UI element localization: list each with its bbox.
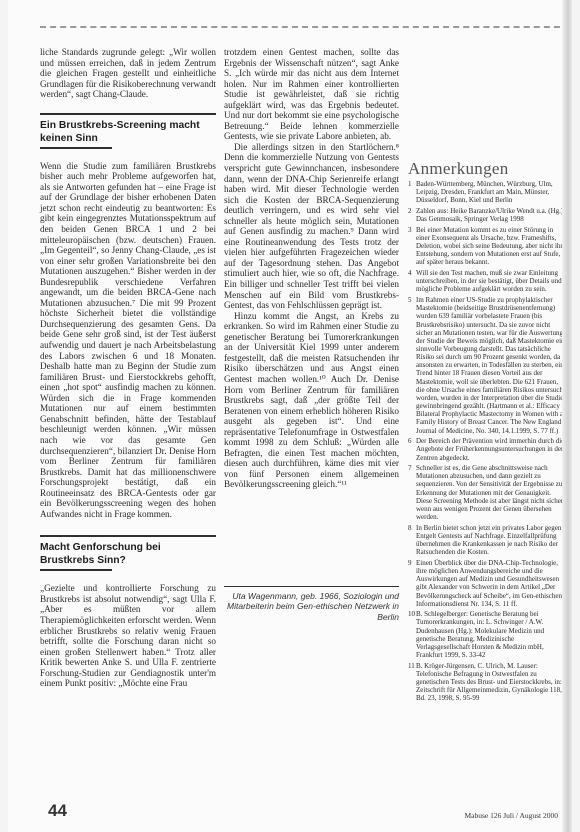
- page-number: 44: [48, 801, 67, 821]
- intro-paragraph: liche Standards zugrunde gelegt: „Wir wo…: [40, 47, 216, 100]
- section-title-screening: Ein Brustkrebs-Screening macht keinen Si…: [40, 119, 216, 145]
- section-rule: [40, 535, 216, 537]
- note-item: 9Einen Überblick über die DNA-Chip-Techn…: [408, 559, 568, 608]
- section-title-research: Macht Genforschung bei Brustkrebs Sinn?: [40, 541, 216, 567]
- section-underline: [40, 569, 112, 571]
- author-caption: Uta Wagenmann, geb. 1966, Soziologin und…: [224, 591, 399, 622]
- body-paragraph: Hinzu kommt die Angst, an Krebs zu erkra…: [224, 311, 399, 490]
- page-edge-shadow: [562, 0, 572, 832]
- note-item: 6Der Bereich der Prävention wird immerhi…: [408, 437, 568, 461]
- note-number: 2: [408, 207, 416, 223]
- note-item: 7Schneller ist es, die Gene abschnittswe…: [408, 464, 568, 521]
- note-text: Bei einer Mutation kommt es zu einer Stö…: [416, 226, 568, 267]
- section-underline: [40, 147, 112, 149]
- left-column: liche Standards zugrunde gelegt: „Wir wo…: [40, 47, 216, 689]
- note-item: 3Bei einer Mutation kommt es zu einer St…: [408, 226, 568, 267]
- note-item: 1Baden-Württemberg, München, Würzburg, U…: [408, 180, 568, 204]
- footer-source: Mabuse 126 Juli / August 2000: [464, 811, 558, 820]
- caption-rule: [224, 586, 399, 587]
- note-number: 3: [408, 226, 416, 267]
- note-number: 11: [408, 662, 416, 703]
- section-paragraph: „Gezielte und kontrollierte Forschung zu…: [40, 583, 216, 688]
- section-research: Macht Genforschung bei Brustkrebs Sinn? …: [40, 535, 216, 688]
- note-text: Der Bereich der Prävention wird immerhin…: [416, 437, 568, 461]
- note-text: Zahlen aus: Heike Baranzke/Ulrike Wendt …: [416, 207, 568, 223]
- note-item: 10B. Schlegelberger: Genetische Beratung…: [408, 610, 568, 659]
- note-number: 8: [408, 524, 416, 557]
- note-text: Einen Überblick über die DNA-Chip-Techno…: [416, 559, 568, 608]
- note-text: Baden-Württemberg, München, Würzburg, Ul…: [416, 180, 568, 204]
- body-paragraph: trotzdem einen Gentest machen, sollte da…: [224, 47, 399, 142]
- note-number: 9: [408, 559, 416, 608]
- note-item: 4Will sie den Test machen, muß sie zwar …: [408, 269, 568, 293]
- note-text: Will sie den Test machen, muß sie zwar E…: [416, 269, 568, 293]
- note-text: In Berlin bietet schon jetzt ein private…: [416, 524, 568, 557]
- note-number: 7: [408, 464, 416, 521]
- note-text: Schneller ist es, die Gene abschnittswei…: [416, 464, 568, 521]
- note-number: 6: [408, 437, 416, 461]
- section-paragraph: Wenn die Studie zum familiären Brustkreb…: [40, 161, 216, 520]
- note-number: 1: [408, 180, 416, 204]
- middle-column: trotzdem einen Gentest machen, sollte da…: [224, 47, 399, 622]
- note-text: Im Rahmen einer US-Studie zu prophylakti…: [416, 296, 568, 435]
- note-text: B. Kröger-Jürgensen, C. Ulrich, M. Lause…: [416, 662, 568, 703]
- note-item: 5Im Rahmen einer US-Studie zu prophylakt…: [408, 296, 568, 435]
- note-item: 2Zahlen aus: Heike Baranzke/Ulrike Wendt…: [408, 207, 568, 223]
- magazine-page: liche Standards zugrunde gelegt: „Wir wo…: [8, 0, 572, 832]
- section-screening: Ein Brustkrebs-Screening macht keinen Si…: [40, 113, 216, 520]
- note-number: 5: [408, 296, 416, 435]
- section-rule: [40, 113, 216, 115]
- body-paragraph: Die allerdings sitzen in den Startlöcher…: [224, 142, 399, 311]
- notes-column: Anmerkungen 1Baden-Württemberg, München,…: [408, 160, 568, 705]
- note-item: 8In Berlin bietet schon jetzt ein privat…: [408, 524, 568, 557]
- note-text: B. Schlegelberger: Genetische Beratung b…: [416, 610, 568, 659]
- notes-title: Anmerkungen: [408, 160, 568, 178]
- note-number: 10: [408, 610, 416, 659]
- note-item: 11B. Kröger-Jürgensen, C. Ulrich, M. Lau…: [408, 662, 568, 703]
- note-number: 4: [408, 269, 416, 293]
- top-dashed-rule: [40, 26, 570, 28]
